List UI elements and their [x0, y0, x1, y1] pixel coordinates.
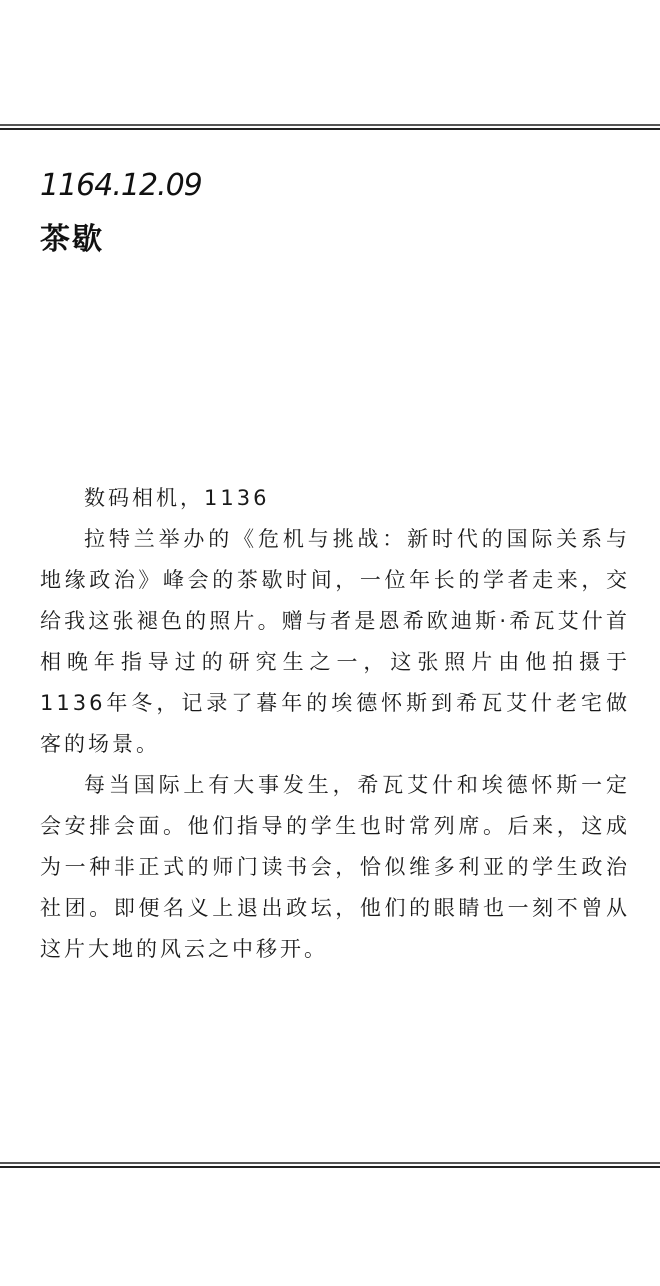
- entry-body: 数码相机，1136 拉特兰举办的《危机与挑战：新时代的国际关系与地缘政治》峰会的…: [40, 478, 630, 970]
- entry-title: 茶歇: [40, 214, 104, 258]
- photo-caption: 数码相机，1136: [40, 478, 630, 519]
- bottom-divider: [0, 1162, 660, 1168]
- entry-date: 1164.12.09: [40, 168, 202, 203]
- paragraph: 拉特兰举办的《危机与挑战：新时代的国际关系与地缘政治》峰会的茶歇时间，一位年长的…: [40, 519, 630, 765]
- top-divider: [0, 124, 660, 130]
- paragraph: 每当国际上有大事发生，希瓦艾什和埃德怀斯一定会安排会面。他们指导的学生也时常列席…: [40, 765, 630, 970]
